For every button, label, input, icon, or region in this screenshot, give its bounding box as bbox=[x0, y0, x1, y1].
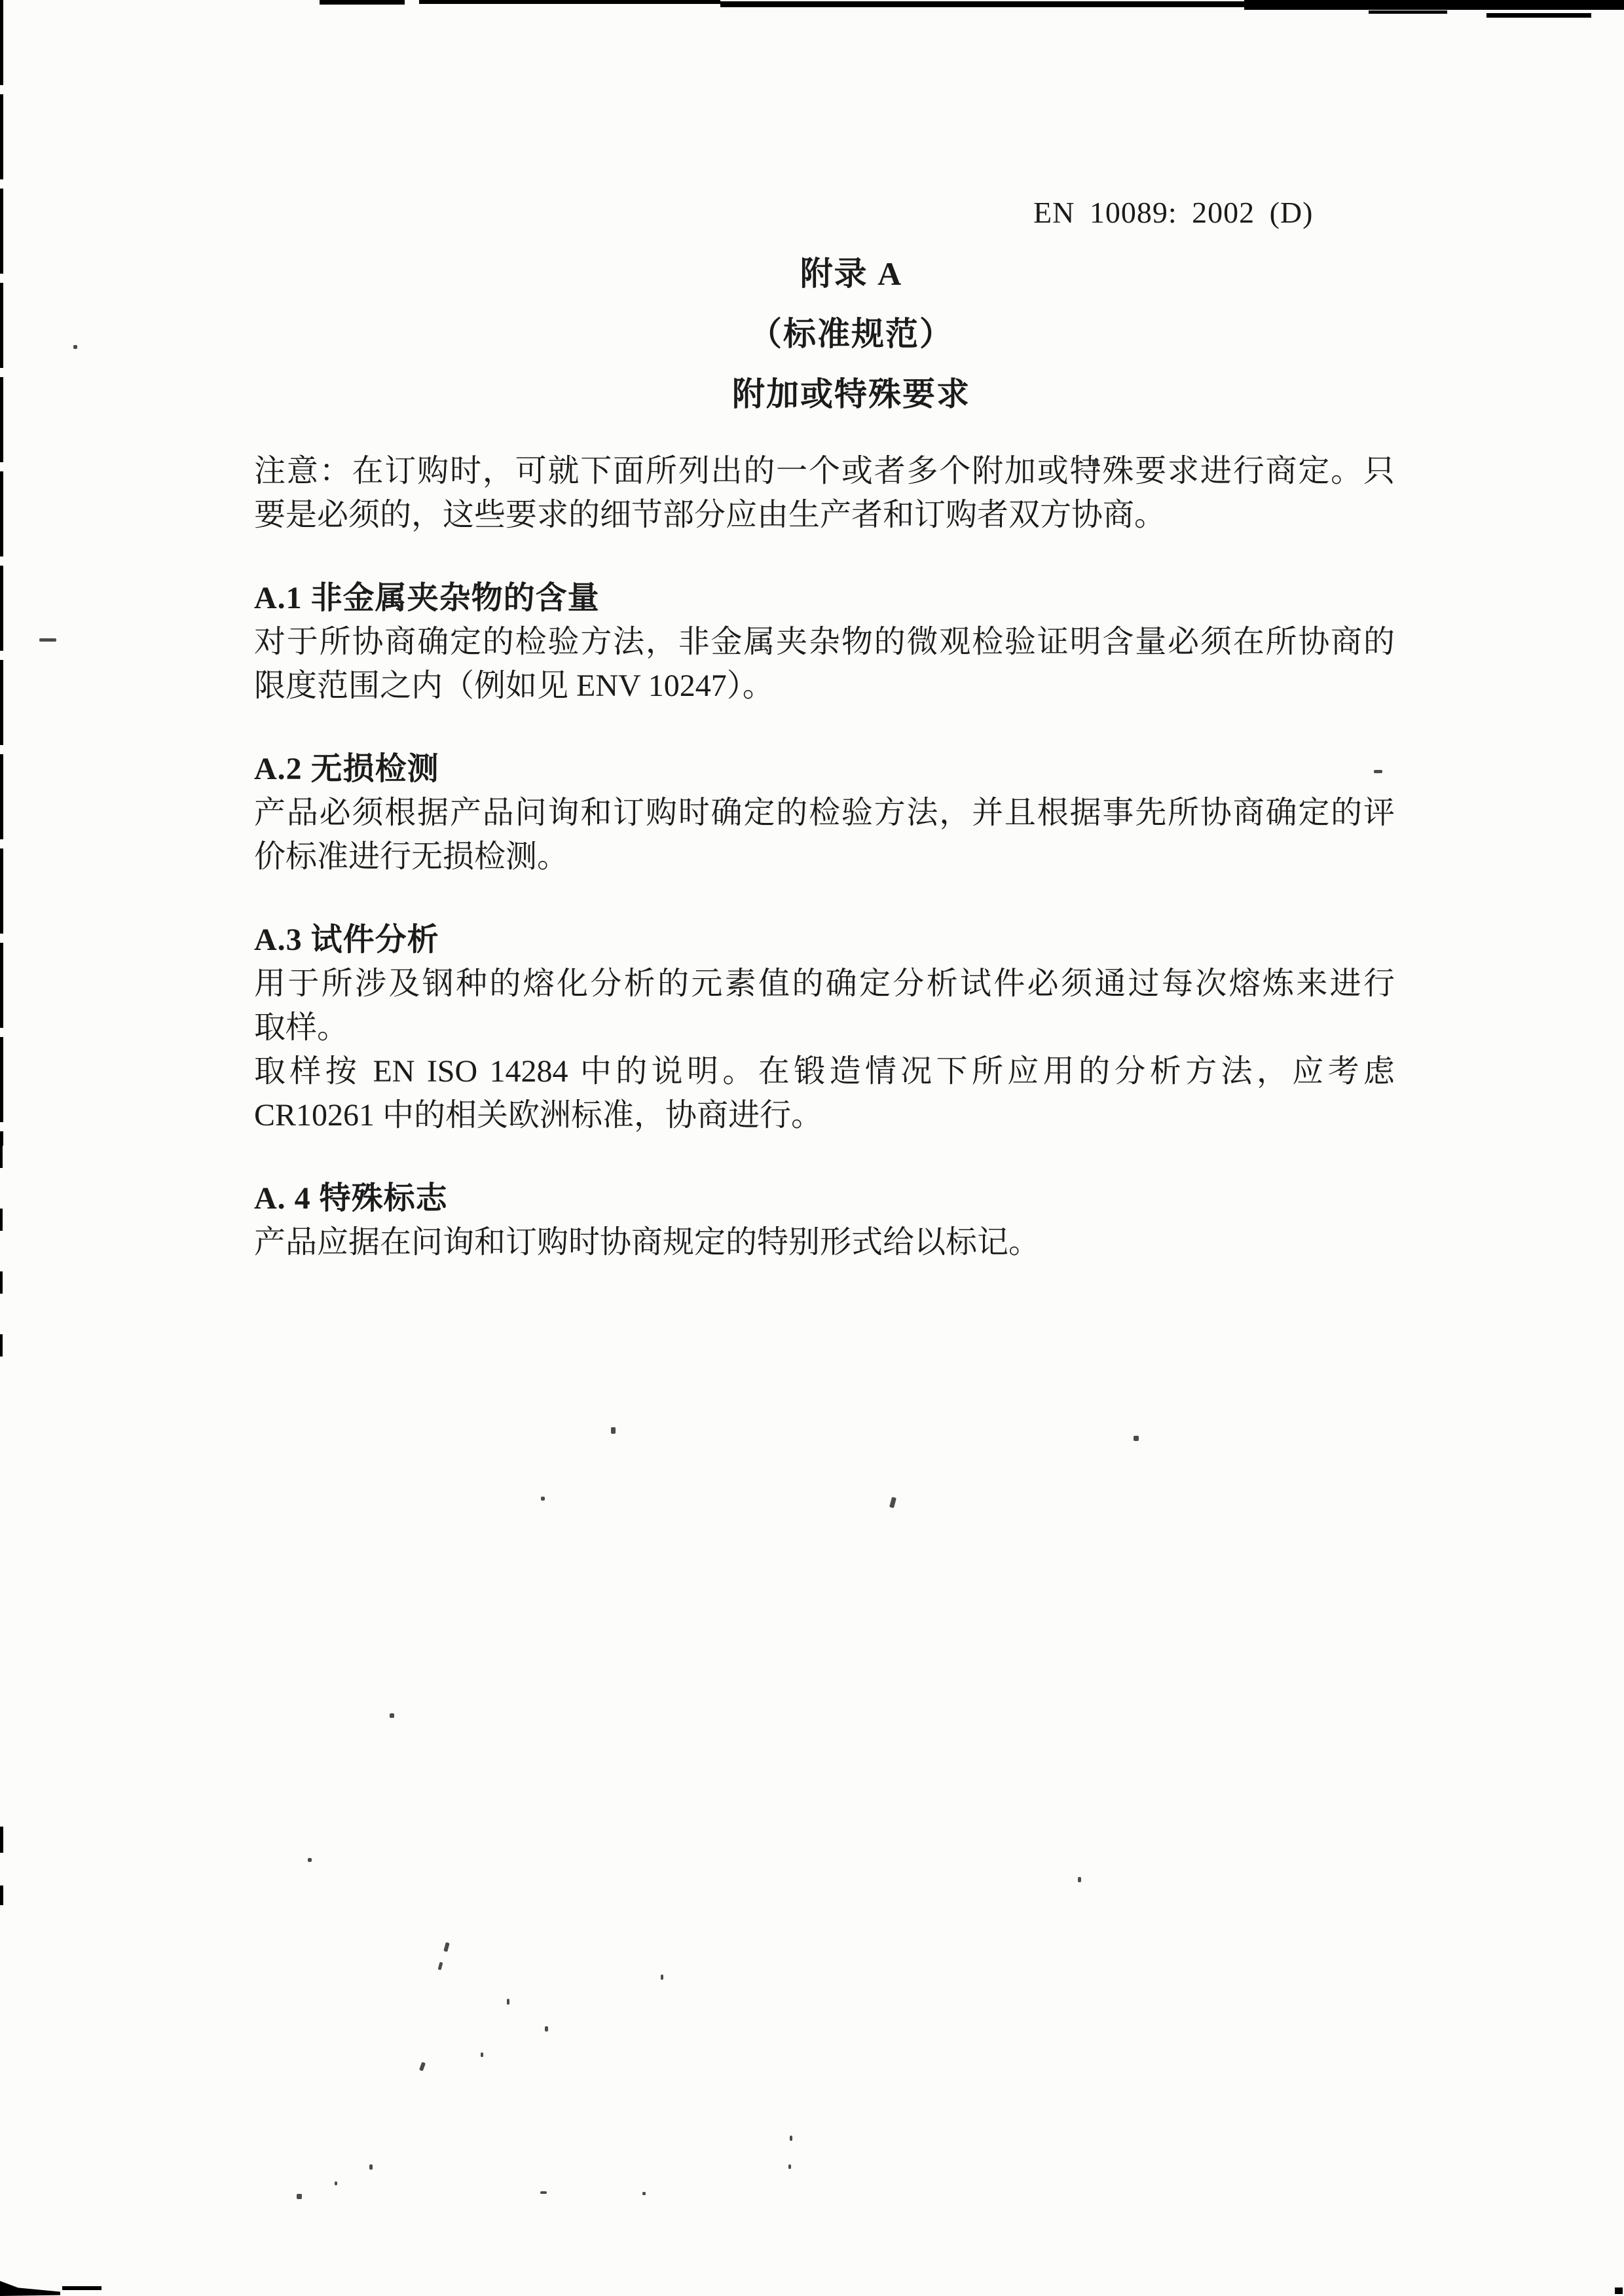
scan-speck bbox=[642, 2192, 646, 2195]
section-heading: A.3 试件分析 bbox=[254, 918, 1395, 962]
doc-number: EN 10089: 2002 (D) bbox=[1033, 196, 1313, 229]
text-line: 产品必须根据产品问询和订购时确定的检验方法，并且根据事先所协商确定的评 bbox=[254, 791, 1395, 835]
scan-speck bbox=[369, 2164, 373, 2170]
scan-speck bbox=[1374, 770, 1382, 773]
text-line: 注意：在订购时，可就下面所列出的一个或者多个附加或特殊要求进行商定。只 bbox=[254, 449, 1395, 493]
text-line: 对于所协商确定的检验方法，非金属夹杂物的微观检验证明含量必须在所协商的 bbox=[254, 620, 1395, 664]
annex-title: 附录 A bbox=[79, 244, 1624, 304]
text-line: 限度范围之内（例如见 ENV 10247）。 bbox=[254, 664, 1395, 708]
scan-artifact-top-edge bbox=[720, 1, 1244, 7]
scan-artifact-left-edge bbox=[0, 1827, 3, 1853]
scan-artifact-top-edge bbox=[1244, 0, 1624, 10]
text-line: 取样按 EN ISO 14284 中的说明。在锻造情况下所应用的分析方法，应考虑 bbox=[254, 1049, 1395, 1093]
scan-speck bbox=[1092, 460, 1098, 465]
scan-speck bbox=[611, 1427, 616, 1434]
scan-speck bbox=[788, 2164, 791, 2169]
scan-speck bbox=[308, 1858, 312, 1862]
section-heading: A.1 非金属夹杂物的含量 bbox=[254, 576, 1395, 620]
scan-speck bbox=[790, 2136, 792, 2141]
scan-artifact-top-edge bbox=[419, 0, 720, 4]
section-heading: A.2 无损检测 bbox=[254, 747, 1395, 791]
scan-speck bbox=[1134, 1436, 1139, 1441]
scan-speck bbox=[540, 2191, 547, 2194]
scan-speck bbox=[419, 2062, 426, 2071]
scanned-page: EN 10089: 2002 (D) 附录 A （标准规范） 附加或特殊要求 注… bbox=[0, 0, 1624, 2296]
scan-speck bbox=[481, 2052, 483, 2057]
scan-speck bbox=[1078, 1877, 1081, 1882]
section: A.1 非金属夹杂物的含量对于所协商确定的检验方法，非金属夹杂物的微观检验证明含… bbox=[254, 576, 1395, 708]
note-paragraph: 注意：在订购时，可就下面所列出的一个或者多个附加或特殊要求进行商定。只要是必须的… bbox=[254, 449, 1395, 537]
annex-subtitle-requirements: 附加或特殊要求 bbox=[79, 364, 1624, 424]
text-line: 产品应据在问询和订购时协商规定的特别形式给以标记。 bbox=[254, 1220, 1395, 1264]
scan-speck bbox=[889, 1497, 896, 1508]
annex-subtitle-normative: （标准规范） bbox=[79, 304, 1624, 364]
scan-speck bbox=[545, 2026, 548, 2032]
annex-title-block: 附录 A （标准规范） 附加或特殊要求 bbox=[79, 244, 1624, 424]
text-line: 价标准进行无损检测。 bbox=[254, 835, 1395, 879]
scan-artifact-bottom-corner bbox=[62, 2286, 101, 2290]
text-line: CR10261 中的相关欧洲标准，协商进行。 bbox=[254, 1093, 1395, 1137]
scan-artifact-left-edge bbox=[0, 1886, 3, 1905]
scan-speck bbox=[297, 2194, 302, 2199]
section: A.3 试件分析用于所涉及钢种的熔化分析的元素值的确定分析试件必须通过每次熔炼来… bbox=[254, 918, 1395, 1137]
scan-speck bbox=[438, 1962, 443, 1971]
scan-artifact-corner-speck bbox=[1615, 2287, 1623, 2294]
scan-artifact-bottom-corner bbox=[0, 2281, 60, 2296]
scan-artifact-top-edge bbox=[1486, 13, 1591, 18]
scan-speck bbox=[73, 345, 77, 349]
scan-speck bbox=[39, 638, 56, 642]
scan-speck bbox=[335, 2181, 337, 2185]
scan-speck bbox=[443, 1942, 449, 1952]
document-body: 注意：在订购时，可就下面所列出的一个或者多个附加或特殊要求进行商定。只要是必须的… bbox=[254, 449, 1395, 1264]
scan-speck bbox=[661, 1975, 663, 1980]
scan-artifact-left-edge bbox=[0, 0, 3, 1146]
scan-artifact-top-edge bbox=[1369, 10, 1447, 14]
scan-speck bbox=[390, 1713, 394, 1718]
scan-speck bbox=[541, 1497, 545, 1501]
scan-artifact-left-edge bbox=[0, 1146, 3, 1362]
text-line: 要是必须的，这些要求的细节部分应由生产者和订购者双方协商。 bbox=[254, 493, 1395, 537]
section-heading: A. 4 特殊标志 bbox=[254, 1176, 1395, 1220]
scan-speck bbox=[507, 1999, 509, 2005]
text-line: 用于所涉及钢种的熔化分析的元素值的确定分析试件必须通过每次熔炼来进行 bbox=[254, 962, 1395, 1006]
section: A. 4 特殊标志产品应据在问询和订购时协商规定的特别形式给以标记。 bbox=[254, 1176, 1395, 1264]
scan-artifact-top-edge bbox=[320, 0, 405, 5]
text-line: 取样。 bbox=[254, 1006, 1395, 1049]
section: A.2 无损检测产品必须根据产品问询和订购时确定的检验方法，并且根据事先所协商确… bbox=[254, 747, 1395, 879]
